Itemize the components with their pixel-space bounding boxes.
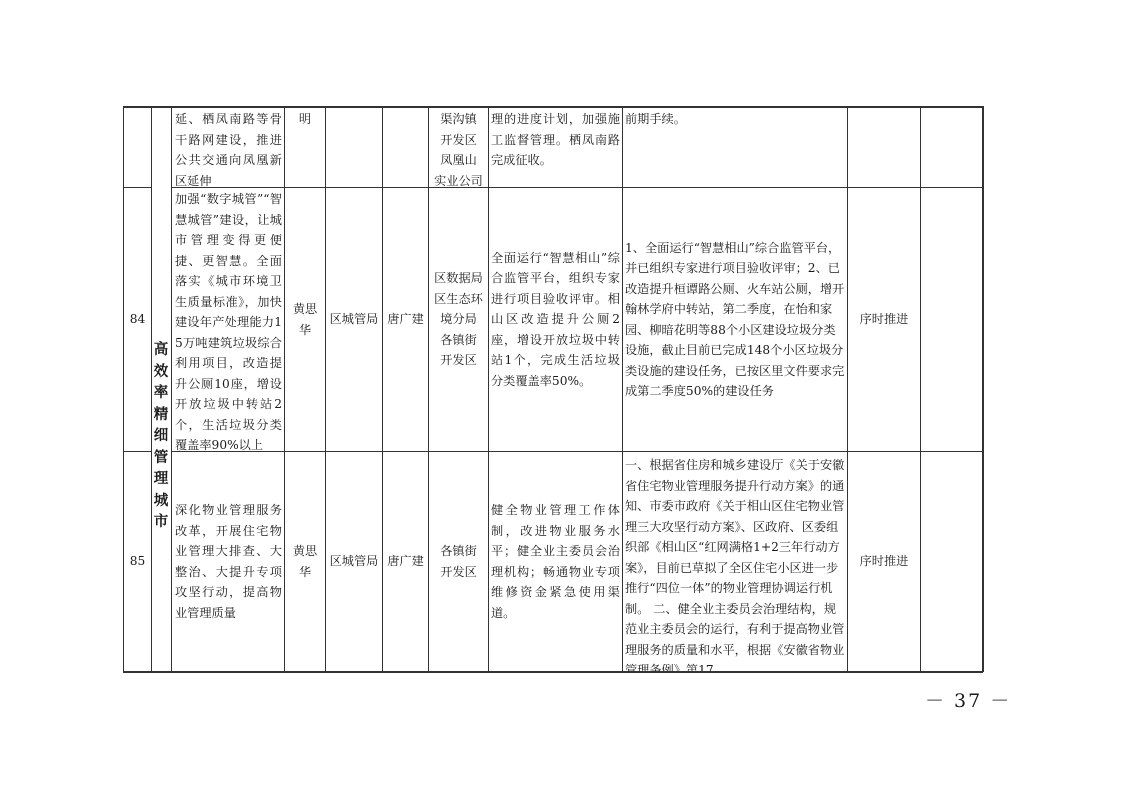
row-84-status: 序时推进 (848, 188, 920, 451)
row-84-responsible-person: 唐广建 (383, 188, 428, 451)
category-char: 高 (151, 340, 171, 362)
category-char: 市 (151, 512, 171, 534)
row-84-task: 加强“数字城管”“智慧城管”建设，让城市管理变得更便捷、更智慧。全面落实《城市环… (173, 189, 284, 451)
row-84-leader: 黄思 华 (285, 188, 325, 451)
row-id: 84 (130, 309, 146, 330)
category-char: 城 (151, 491, 171, 513)
category-char: 管 (151, 448, 171, 470)
responsible-person-text: 唐广建 (387, 309, 424, 330)
measures-text: 理的进度计划，加强施工监督管理。栖凤南路完成征收。 (491, 112, 620, 167)
cooperating-units-text: 各镇街 开发区 (440, 541, 477, 582)
lead-unit-text: 区城管局 (330, 309, 379, 330)
row-85-task: 深化物业管理服务改革，开展住宅物业管理大排查、大整治、大提升专项攻坚行动，提高物… (173, 452, 284, 671)
row-84-progress: 1、全面运行“智慧相山”综合监管平台，并已组织专家进行项目验收评审；2、已改造提… (623, 188, 847, 451)
row-84-id: 84 (124, 188, 151, 451)
measures-text: 全面运行“智慧相山”综合监管平台，组织专家进行项目验收评审。相山区改造提升公厕2… (491, 248, 620, 392)
cooperating-units-text: 区数据局 区生态环 境分局 各镇街 开发区 (434, 268, 483, 371)
row-85-leader: 黄思 华 (285, 452, 325, 671)
task-text: 延、栖凤南路等骨干路网建设，推进公共交通向凤凰新区延伸 (175, 112, 282, 187)
row-id: 85 (130, 551, 146, 572)
progress-text: 前期手续。 (625, 112, 686, 126)
row-85-responsible-person: 唐广建 (383, 452, 428, 671)
table-row-continuation-cooperating: 渠沟镇 开发区 凤凰山 实业公司 (429, 107, 488, 187)
column-line (920, 106, 921, 672)
responsible-person-text: 唐广建 (387, 551, 424, 572)
row-85-id: 85 (124, 452, 151, 671)
column-line (171, 106, 172, 672)
row-85-measures: 健全物业管理工作体制，改进物业服务水平；健全业主委员会治理机构；畅通物业专项维修… (489, 452, 622, 671)
status-text: 序时推进 (860, 551, 909, 572)
leader-text: 黄思 华 (293, 299, 317, 340)
leader-text: 黄思 华 (293, 541, 317, 582)
lead-unit-text: 区城管局 (330, 551, 379, 572)
column-line (982, 106, 984, 672)
category-char: 效 (151, 362, 171, 384)
row-85-status: 序时推进 (848, 452, 920, 671)
table-row-continuation-task: 延、栖凤南路等骨干路网建设，推进公共交通向凤凰新区延伸 (173, 107, 284, 187)
category-char: 精 (151, 405, 171, 427)
table-bottom-border (123, 671, 983, 673)
category-label: 高 效 率 精 细 管 理 城 市 (151, 340, 171, 534)
row-84-measures: 全面运行“智慧相山”综合监管平台，组织专家进行项目验收评审。相山区改造提升公厕2… (489, 188, 622, 451)
progress-text: 一、根据省住房和城乡建设厅《关于安徽省住宅物业管理服务提升行动方案》的通知、市委… (625, 458, 844, 671)
category-char: 理 (151, 469, 171, 491)
page-number: － 37 － (925, 686, 1011, 713)
table-row-continuation-measures: 理的进度计划，加强施工监督管理。栖凤南路完成征收。 (489, 107, 622, 187)
category-char: 细 (151, 426, 171, 448)
row-85-progress: 一、根据省住房和城乡建设厅《关于安徽省住宅物业管理服务提升行动方案》的通知、市委… (623, 453, 847, 671)
table-row-continuation-leader: 明 (285, 107, 325, 187)
row-84-cooperating-units: 区数据局 区生态环 境分局 各镇街 开发区 (429, 188, 488, 451)
category-char: 率 (151, 383, 171, 405)
row-85-lead-unit: 区城管局 (326, 452, 382, 671)
row-84-lead-unit: 区城管局 (326, 188, 382, 451)
leader-text: 明 (299, 112, 311, 126)
row-85-cooperating-units: 各镇街 开发区 (429, 452, 488, 671)
progress-text: 1、全面运行“智慧相山”综合监管平台，并已组织专家进行项目验收评审；2、已改造提… (625, 238, 845, 402)
status-text: 序时推进 (860, 309, 909, 330)
table-row-continuation-progress: 前期手续。 (623, 107, 847, 187)
task-text: 加强“数字城管”“智慧城管”建设，让城市管理变得更便捷、更智慧。全面落实《城市环… (175, 192, 282, 451)
measures-text: 健全物业管理工作体制，改进物业服务水平；健全业主委员会治理机构；畅通物业专项维修… (491, 500, 620, 623)
cooperating-units-text: 渠沟镇 开发区 凤凰山 实业公司 (434, 112, 483, 187)
document-page: 延、栖凤南路等骨干路网建设，推进公共交通向凤凰新区延伸 明 渠沟镇 开发区 凤凰… (0, 0, 1122, 793)
task-text: 深化物业管理服务改革，开展住宅物业管理大排查、大整治、大提升专项攻坚行动，提高物… (175, 500, 282, 623)
